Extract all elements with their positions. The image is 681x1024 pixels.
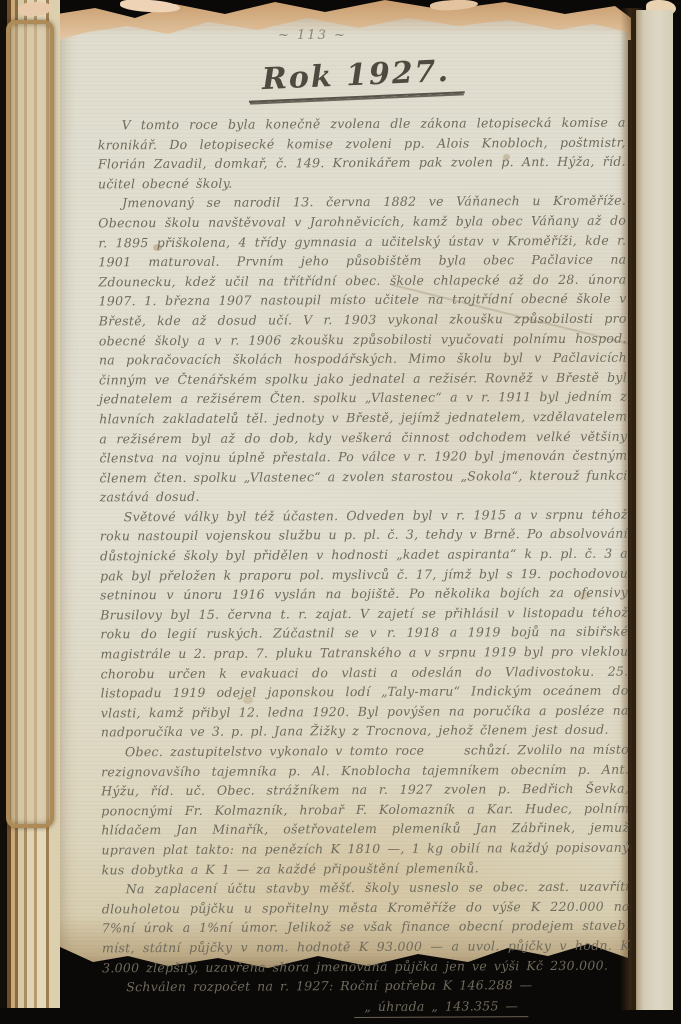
closing-sum-text: „ úhrada „ 143.355 — [354, 996, 528, 1019]
paragraph: Obec. zastupitelstvo vykonalo v tomto ro… [101, 740, 630, 880]
stacked-page-edges [0, 0, 60, 1008]
page-number: ~ 113 ~ [278, 28, 347, 43]
paragraph: V tomto roce byla konečně zvolena dle zá… [98, 113, 626, 194]
paragraph: Jmenovaný se narodil 13. června 1882 ve … [98, 191, 628, 507]
under-page-edge-outline [6, 20, 54, 828]
closing-sum-line: „ úhrada „ 143.355 — [102, 995, 630, 1019]
torn-paper-fragment [17, 0, 52, 17]
book-photo: ~ 113 ~ Rok 1927. V tomto roce byla kone… [0, 0, 681, 1024]
paragraph: Světové války byl též účasten. Odveden b… [100, 504, 629, 742]
paragraph: Na zaplacení účtu stavby měšť. školy usn… [102, 877, 631, 978]
handwritten-body: V tomto roce byla konečně zvolena dle zá… [98, 113, 631, 1020]
paragraph: Schválen rozpočet na r. 1927: Roční potř… [102, 975, 630, 997]
paragraph-list: V tomto roce byla konečně zvolena dle zá… [98, 113, 631, 997]
torn-paper-fragment [120, 0, 181, 14]
